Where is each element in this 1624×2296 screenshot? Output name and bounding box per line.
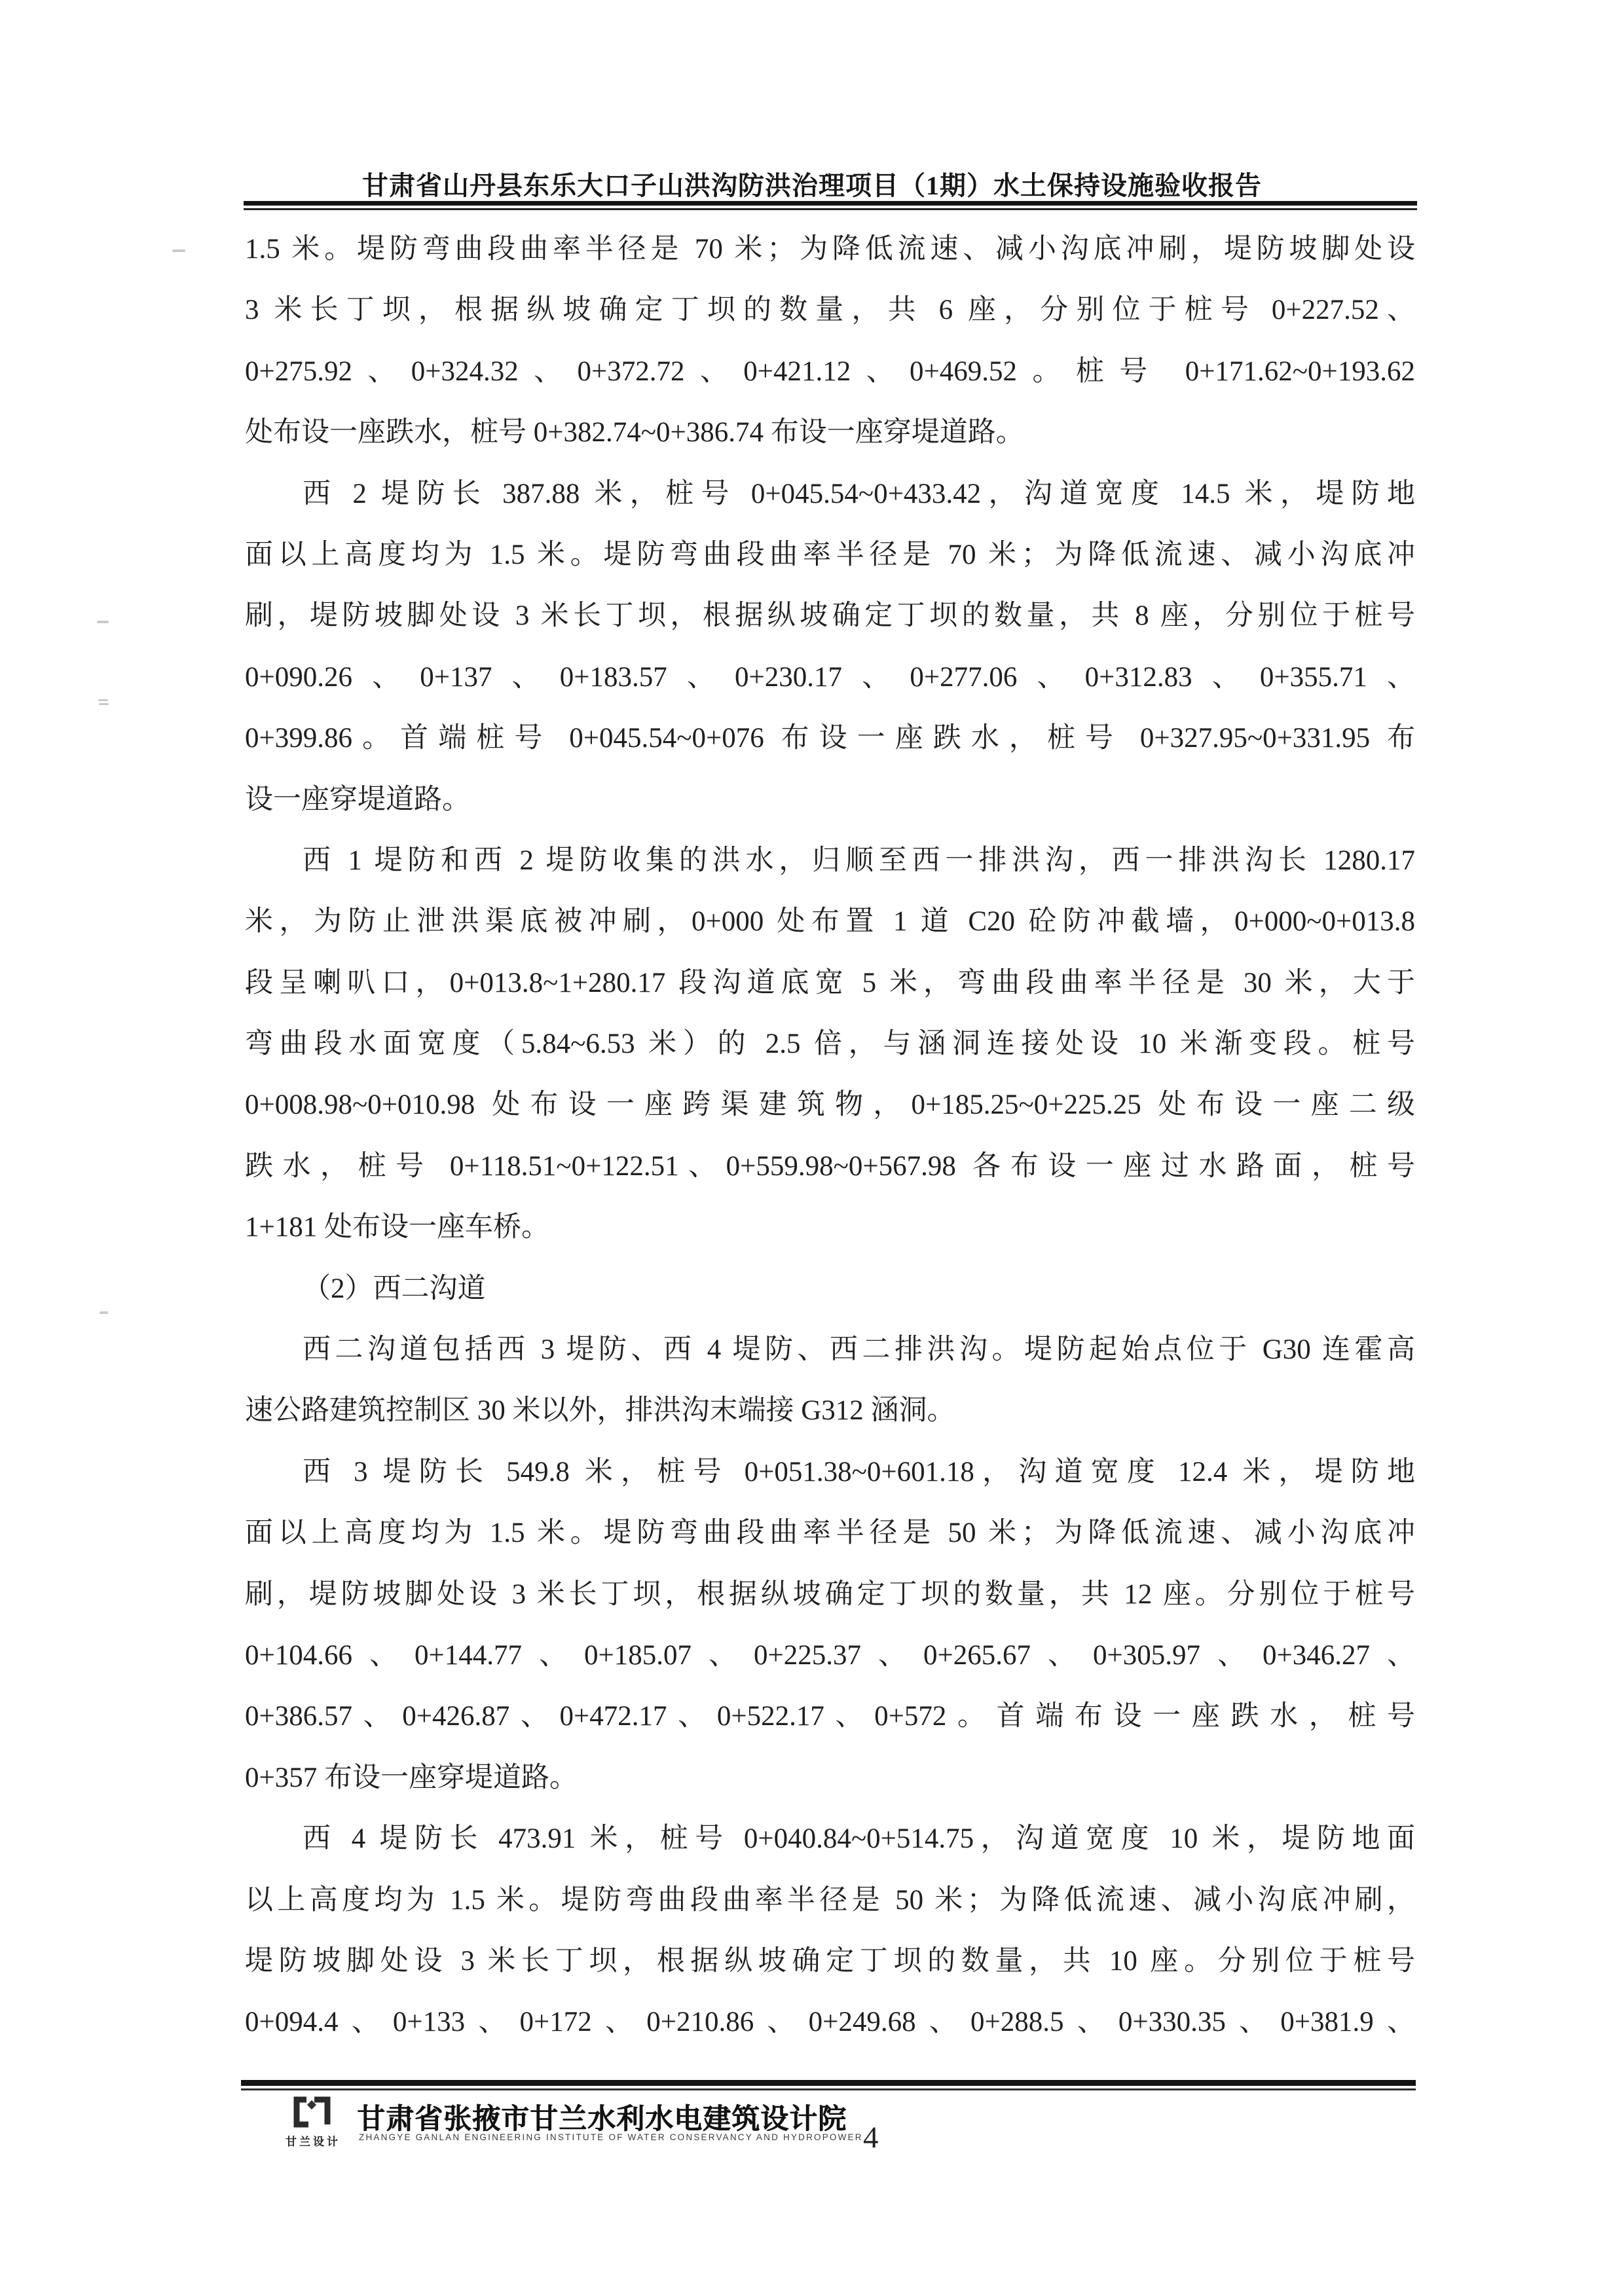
footer-rule-thick (241, 2080, 1416, 2086)
text-line: （2）西二沟道 (245, 1258, 1415, 1319)
text-line: 3 米长丁坝，根据纵坡确定丁坝的数量，共 6 座，分别位于桩号 0+227.52… (245, 280, 1415, 340)
text-line: 西 2 堤防长 387.88 米，桩号 0+045.54~0+433.42，沟道… (245, 464, 1415, 524)
text-line: 西 3 堤防长 549.8 米，桩号 0+051.38~0+601.18，沟道宽… (245, 1442, 1415, 1503)
text-line: 0+386.57、0+426.87、0+472.17、0+522.17、0+57… (245, 1686, 1415, 1747)
text-line: 米，为防止泄洪渠底被冲刷，0+000 处布置 1 道 C20 砼防冲截墙，0+0… (245, 891, 1415, 952)
institute-name-en: ZHANGYE GANLAN ENGINEERING INSTITUTE OF … (359, 2132, 863, 2142)
text-line: 速公路建筑控制区 30 米以外，排洪沟末端接 G312 涵洞。 (245, 1380, 1415, 1441)
header-rule-thick (244, 201, 1417, 206)
scan-artifact (97, 621, 109, 623)
text-line: 0+008.98~0+010.98 处布设一座跨渠建筑物，0+185.25~0+… (245, 1074, 1415, 1135)
header-rule-thin (244, 208, 1417, 210)
scan-artifact (98, 699, 108, 701)
institute-name-cn: 甘肃省张掖市甘兰水利水电建筑设计院 (357, 2097, 847, 2137)
text-line: 1+181 处布设一座车桥。 (245, 1197, 1415, 1258)
logo-caption: 甘兰设计 (286, 2132, 364, 2149)
text-line: 段呈喇叭口，0+013.8~1+280.17 段沟道底宽 5 米，弯曲段曲率半径… (245, 953, 1415, 1013)
scan-artifact (172, 249, 185, 252)
page-header-title: 甘肃省山丹县东乐大口子山洪沟防洪治理项目（1期）水土保持设施验收报告 (0, 165, 1624, 202)
text-line: 0+090.26、0+137、0+183.57、0+230.17、0+277.0… (245, 647, 1415, 708)
text-line: 弯曲段水面宽度（5.84~6.53 米）的 2.5 倍，与涵洞连接处设 10 米… (245, 1013, 1415, 1074)
text-line: 西 4 堤防长 473.91 米，桩号 0+040.84~0+514.75，沟道… (245, 1808, 1415, 1869)
text-line: 西 1 堤防和西 2 堤防收集的洪水，归顺至西一排洪沟，西一排洪沟长 1280.… (245, 830, 1415, 891)
logo-mark-icon (291, 2095, 334, 2130)
text-line: 跌水，桩号 0+118.51~0+122.51、0+559.98~0+567.9… (245, 1136, 1415, 1197)
text-line: 0+104.66、0+144.77、0+185.07、0+225.37、0+26… (245, 1625, 1415, 1686)
text-line: 面以上高度均为 1.5 米。堤防弯曲段曲率半径是 70 米；为降低流速、减小沟底… (245, 524, 1415, 585)
institute-logo (291, 2095, 334, 2130)
body-text: 1.5 米。堤防弯曲段曲率半径是 70 米；为降低流速、减小沟底冲刷，堤防坡脚处… (245, 219, 1415, 2053)
scan-artifact (99, 703, 109, 705)
document-page: 甘肃省山丹县东乐大口子山洪沟防洪治理项目（1期）水土保持设施验收报告 1.5 米… (0, 0, 1624, 2296)
page-number: 4 (863, 2120, 879, 2155)
scan-artifact (100, 1311, 108, 1314)
text-line: 1.5 米。堤防弯曲段曲率半径是 70 米；为降低流速、减小沟底冲刷，堤防坡脚处… (245, 219, 1415, 280)
text-line: 0+399.86。首端桩号 0+045.54~0+076 布设一座跌水，桩号 0… (245, 708, 1415, 769)
text-line: 堤防坡脚处设 3 米长丁坝，根据纵坡确定丁坝的数量，共 10 座。分别位于桩号 (245, 1931, 1415, 1992)
text-line: 0+357 布设一座穿堤道路。 (245, 1747, 1415, 1808)
text-line: 0+275.92、0+324.32、0+372.72、0+421.12、0+46… (245, 341, 1415, 402)
text-line: 处布设一座跌水，桩号 0+382.74~0+386.74 布设一座穿堤道路。 (245, 402, 1415, 463)
text-line: 西二沟道包括西 3 堤防、西 4 堤防、西二排洪沟。堤防起始点位于 G30 连霍… (245, 1319, 1415, 1380)
text-line: 以上高度均为 1.5 米。堤防弯曲段曲率半径是 50 米；为降低流速、减小沟底冲… (245, 1870, 1415, 1931)
text-line: 设一座穿堤道路。 (245, 769, 1415, 830)
text-line: 刷，堤防坡脚处设 3 米长丁坝，根据纵坡确定丁坝的数量，共 12 座。分别位于桩… (245, 1564, 1415, 1625)
footer-rule-thin (241, 2088, 1416, 2090)
text-line: 面以上高度均为 1.5 米。堤防弯曲段曲率半径是 50 米；为降低流速、减小沟底… (245, 1503, 1415, 1563)
text-line: 0+094.4、0+133、0+172、0+210.86、0+249.68、0+… (245, 1992, 1415, 2052)
text-line: 刷，堤防坡脚处设 3 米长丁坝，根据纵坡确定丁坝的数量，共 8 座，分别位于桩号 (245, 585, 1415, 646)
